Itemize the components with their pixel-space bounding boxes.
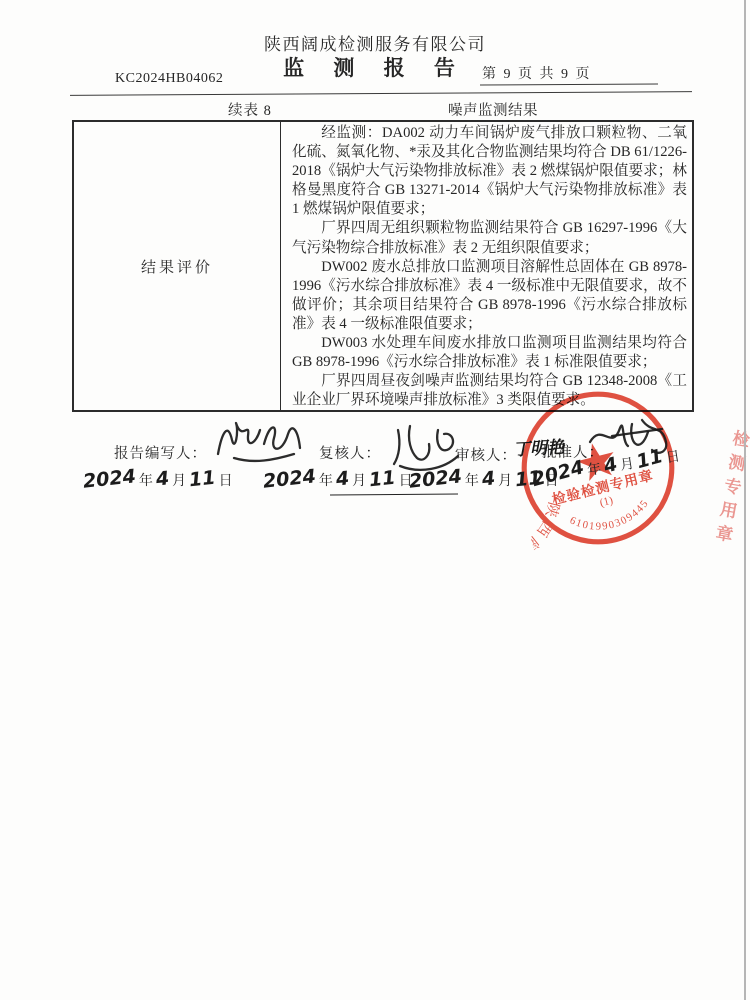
writer-date: 2024年4月11日	[82, 468, 235, 490]
paragraph-boiler-exhaust: 经监测：DA002 动力车间锅炉废气排放口颗粒物、二氧化硫、氮氧化物、*汞及其化…	[292, 124, 687, 219]
year-unit: 年	[586, 462, 602, 479]
day-unit: 日	[665, 449, 681, 466]
auditor-date-year: 2024	[408, 465, 463, 492]
writer-signature-scribble	[212, 414, 307, 466]
reviewer-signature-scribble	[386, 418, 464, 473]
page-indicator: 第 9 页 共 9 页	[482, 63, 592, 83]
paragraph-dw003-wastewater: DW003 水处理车间废水排放口监测项目监测结果均符合 GB 8978-1996…	[292, 334, 687, 372]
paragraph-dw002-wastewater: DW002 废水总排放口监测项目溶解性总固体在 GB 8978-1996《污水综…	[292, 258, 687, 334]
reviewer-date: 2024年4月11日	[262, 468, 415, 490]
paragraph-fugitive-particulate: 厂界四周无组织颗粒物监测结果符合 GB 16297-1996《大气污染物综合排放…	[292, 219, 687, 257]
auditor-signature: 丁明艳	[512, 433, 564, 461]
continued-table-label: 续表 8	[228, 99, 272, 120]
report-number: KC2024HB04062	[115, 71, 223, 87]
section-title: 噪声监测结果	[448, 99, 538, 120]
page-indicator-underline	[480, 84, 658, 86]
reviewer-date-day: 11	[368, 467, 397, 492]
row-label-result-evaluation: 结果评价	[74, 122, 281, 410]
month-unit: 月	[172, 474, 186, 489]
month-unit: 月	[352, 474, 366, 489]
writer-date-year: 2024	[82, 465, 137, 492]
year-unit: 年	[139, 474, 153, 489]
auditor-date-month: 4	[481, 467, 496, 490]
writer-date-day: 11	[188, 467, 217, 492]
reviewer-date-year: 2024	[262, 465, 317, 492]
writer-date-month: 4	[155, 467, 170, 490]
year-unit: 年	[319, 474, 333, 489]
scan-edge-line	[744, 0, 746, 1000]
header-rule	[70, 91, 692, 96]
month-unit: 月	[619, 457, 635, 474]
approver-date-month: 4	[601, 453, 619, 478]
stamp-index: (1)	[599, 494, 615, 509]
reviewer-date-underline	[330, 494, 458, 496]
report-title: 监 测 报 告	[0, 52, 750, 82]
year-unit: 年	[465, 474, 479, 489]
result-evaluation-text: 经监测：DA002 动力车间锅炉废气排放口颗粒物、二氧化硫、氮氧化物、*汞及其化…	[281, 122, 692, 410]
reviewer-label: 复核人：	[319, 442, 381, 463]
result-table: 结果评价 经监测：DA002 动力车间锅炉废气排放口颗粒物、二氧化硫、氮氧化物、…	[72, 120, 694, 412]
report-page: 陕西阔成检测服务有限公司 监 测 报 告 KC2024HB04062 第 9 页…	[0, 0, 750, 1000]
month-unit: 月	[498, 474, 512, 489]
day-unit: 日	[219, 474, 233, 489]
writer-label: 报告编写人：	[114, 442, 207, 463]
reviewer-date-month: 4	[335, 467, 350, 490]
